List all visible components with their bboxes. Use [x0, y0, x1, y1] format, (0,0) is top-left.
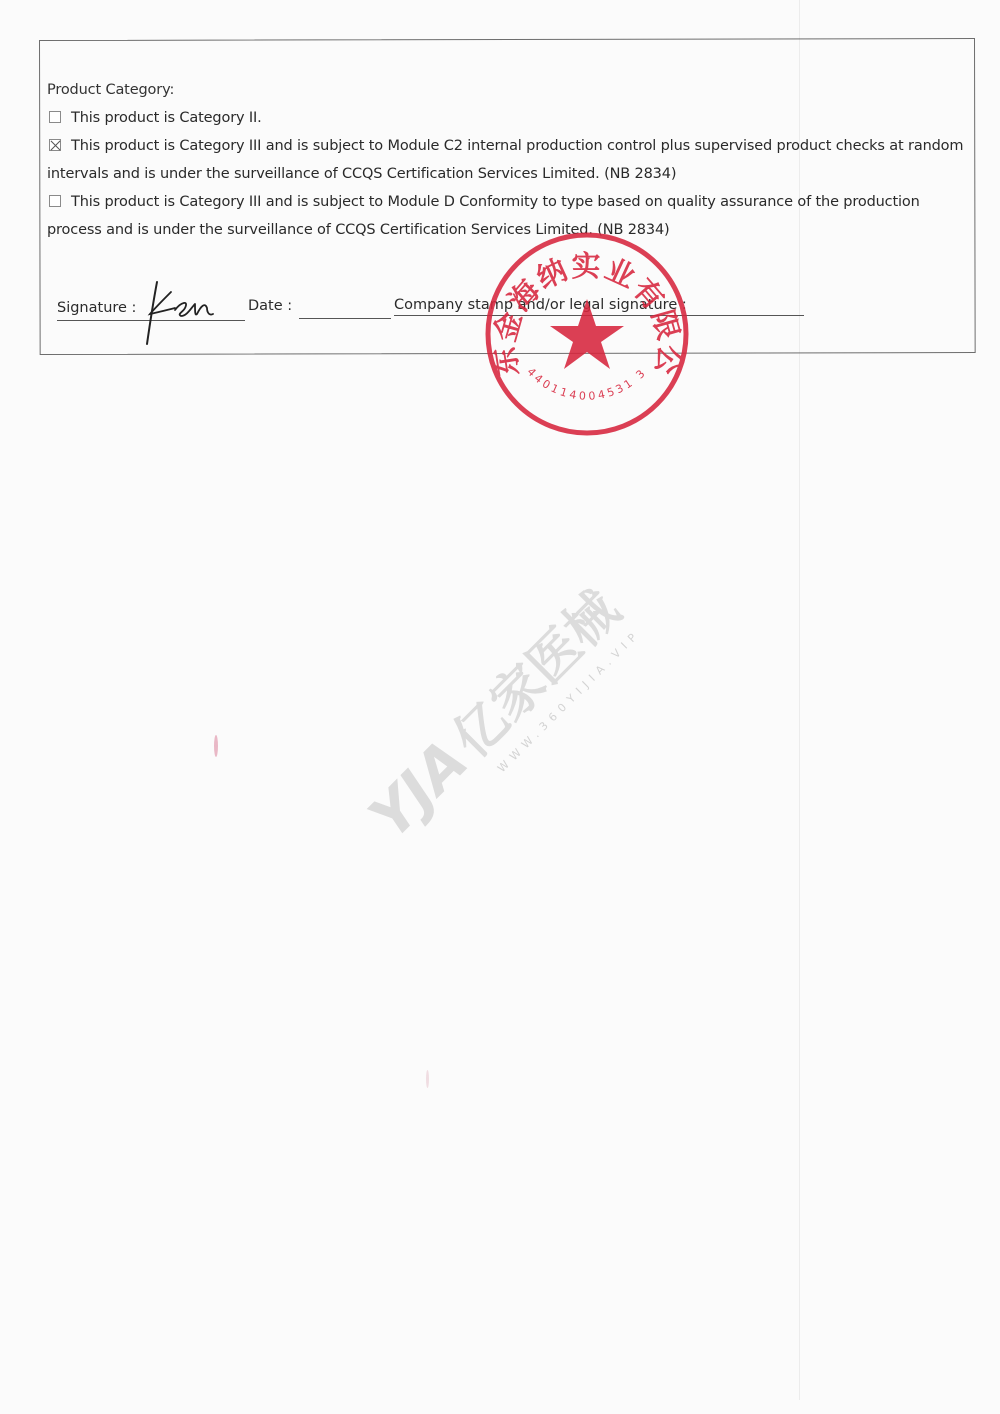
svg-text:广东金海纳实业有限公司: 广东金海纳实业有限公司 [482, 229, 687, 379]
section-heading: Product Category: [47, 76, 972, 104]
scan-artifact [214, 735, 218, 757]
option-text: This product is Category II. [71, 110, 262, 126]
option-text: This product is Category III and is subj… [47, 138, 963, 182]
checkbox-category-iii-d[interactable] [49, 195, 61, 207]
option-category-iii-c2: This product is Category III and is subj… [47, 132, 972, 188]
handwritten-signature [141, 278, 221, 348]
product-category-section: Product Category: This product is Catego… [47, 76, 972, 244]
date-label: Date : [248, 298, 292, 314]
company-seal-stamp: 广东金海纳实业有限公司 440114004531 3 [482, 229, 692, 439]
checkbox-category-ii[interactable] [49, 111, 61, 123]
watermark: YJA 亿家医械 WWW.360YIJIA.VIP [345, 560, 665, 850]
checkbox-category-iii-c2[interactable] [49, 139, 61, 151]
svg-text:440114004531 3: 440114004531 3 [524, 365, 649, 403]
date-line[interactable] [299, 318, 391, 319]
option-category-ii: This product is Category II. [47, 104, 972, 132]
scan-artifact [426, 1070, 429, 1088]
signature-label: Signature : [57, 300, 136, 316]
